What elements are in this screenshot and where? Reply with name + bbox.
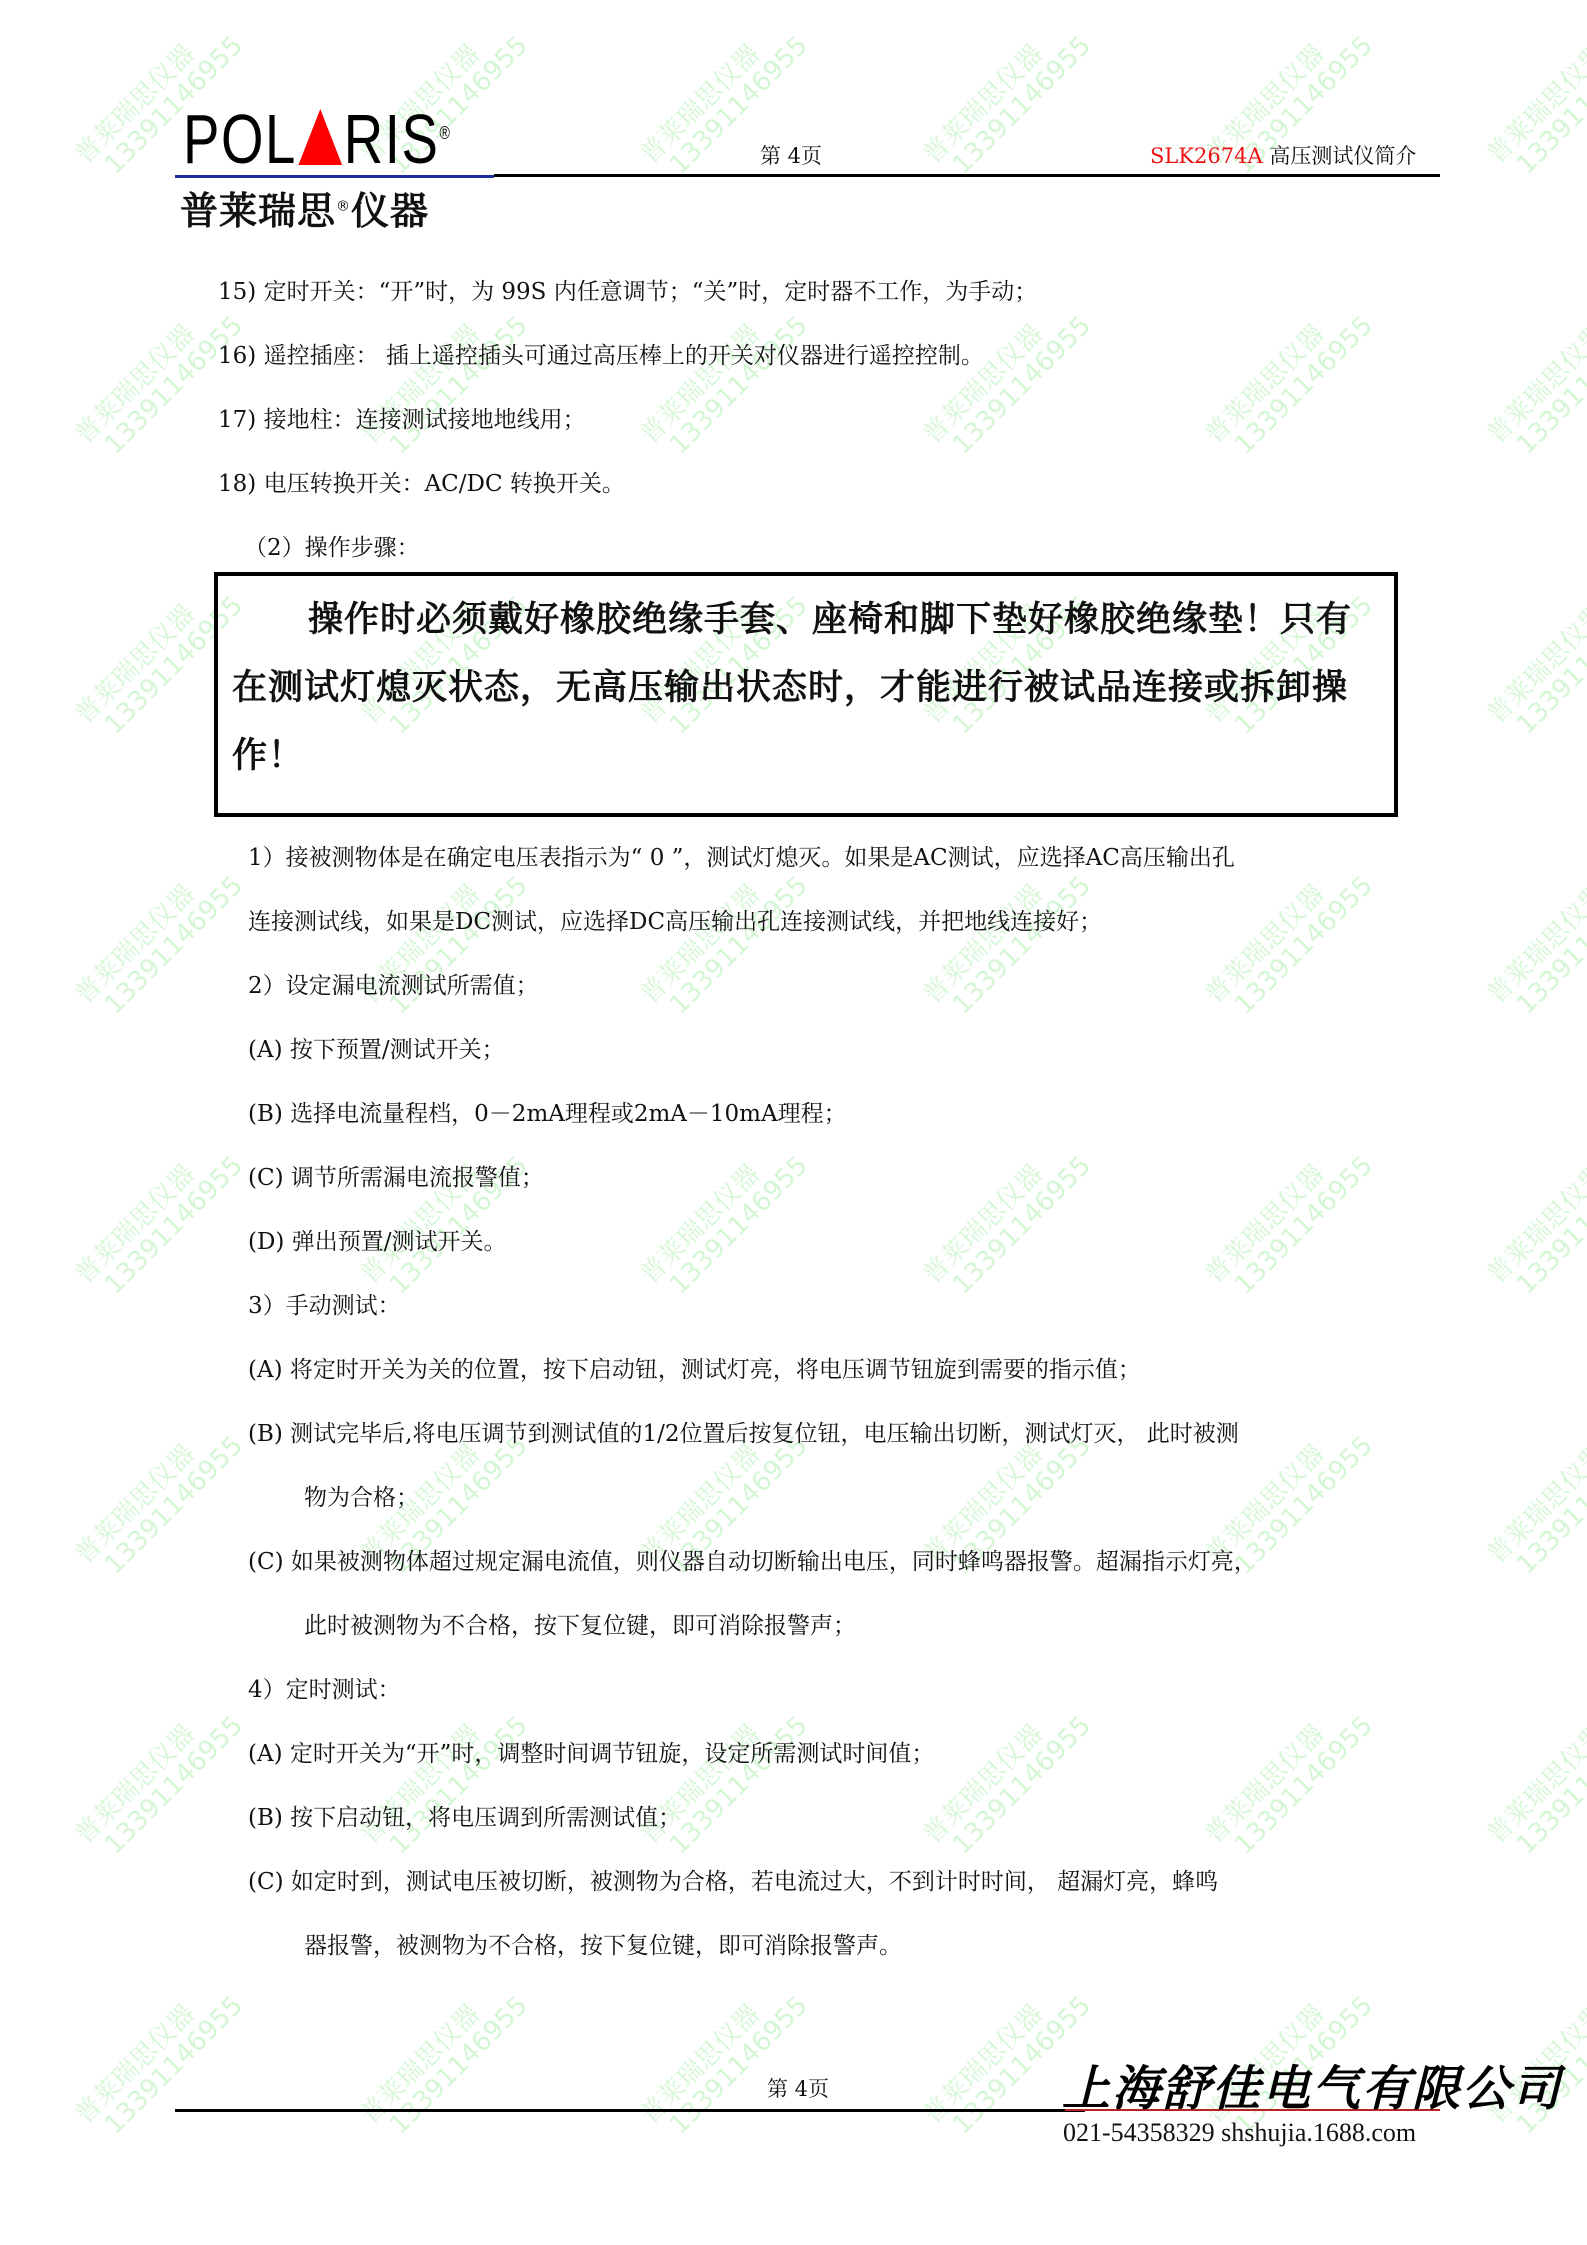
logo-underline: [175, 175, 494, 178]
step-4a: (A) 定时开关为“开”时，调整时间调节钮旋，设定所需测试时间值；: [248, 1739, 934, 1769]
item-number: 18): [218, 471, 256, 497]
item-text: 接地柱：连接测试接地地线用；: [264, 407, 586, 433]
item-number: 16): [218, 343, 256, 369]
step-4c-line2: 器报警，被测物为不合格，按下复位键，即可消除报警声。: [304, 1931, 902, 1961]
step-text: 选择电流量程档，0－2mA理程或2mA－10mA理程；: [290, 1101, 846, 1127]
item-text: 定时开关：“开”时，为 99S 内任意调节；“关”时，定时器不工作，为手动；: [264, 279, 1038, 305]
step-label: (B): [248, 1805, 283, 1831]
panel-item-17: 17) 接地柱：连接测试接地地线用；: [218, 405, 586, 435]
step-text: 测试完毕后,将电压调节到测试值的1/2位置后按复位钮，电压输出切断，测试灯灭， …: [290, 1421, 1239, 1447]
step-label: (A): [248, 1741, 283, 1767]
safety-warning-text: 操作时必须戴好橡胶绝缘手套、座椅和脚下垫好橡胶绝缘垫！只有在测试灯熄灭状态，无高…: [232, 586, 1382, 790]
step-text: 将定时开关为关的位置，按下启动钮，测试灯亮，将电压调节钮旋到需要的指示值；: [290, 1357, 1141, 1383]
header-rule: [494, 174, 1440, 177]
header-page-number: 第 4页: [760, 140, 822, 170]
panel-item-16: 16) 遥控插座： 插上遥控插头可通过高压棒上的开关对仪器进行遥控控制。: [218, 341, 984, 371]
step-3b-line2: 物为合格；: [304, 1483, 419, 1513]
step-label: (B): [248, 1101, 283, 1127]
step-4: 4）定时测试：: [248, 1675, 401, 1705]
logo-cn-suffix: 仪器: [351, 189, 429, 233]
step-label: (C): [248, 1165, 284, 1191]
logo-text-left: POL: [183, 100, 297, 178]
panel-item-15: 15) 定时开关：“开”时，为 99S 内任意调节；“关”时，定时器不工作，为手…: [218, 277, 1037, 307]
watermark-tile: 普莱瑞思仪器13391146955: [918, 291, 1096, 469]
watermark-tile: 普莱瑞思仪器13391146955: [1200, 1691, 1378, 1869]
step-1-line2: 连接测试线，如果是DC测试，应选择DC高压输出孔连接测试线，并把地线连接好；: [248, 907, 1102, 937]
watermark-tile: 普莱瑞思仪器13391146955: [1482, 1411, 1587, 1589]
watermark-tile: 普莱瑞思仪器13391146955: [635, 1971, 813, 2149]
watermark-tile: 普莱瑞思仪器13391146955: [70, 291, 248, 469]
item-number: 17): [218, 407, 256, 433]
doc-title-text: 高压测试仪简介: [1263, 144, 1417, 168]
step-2c: (C) 调节所需漏电流报警值；: [248, 1163, 544, 1193]
step-text: 如果被测物体超过规定漏电流值，则仪器自动切断输出电压，同时蜂鸣器报警。超漏指示灯…: [291, 1549, 1257, 1575]
watermark-tile: 普莱瑞思仪器13391146955: [70, 1691, 248, 1869]
section-title: （2）操作步骤：: [244, 533, 420, 563]
polaris-logo: POLRIS®: [183, 104, 451, 174]
watermark-tile: 普莱瑞思仪器13391146955: [635, 851, 813, 1029]
watermark-tile: 普莱瑞思仪器13391146955: [1482, 851, 1587, 1029]
step-2a: (A) 按下预置/测试开关；: [248, 1035, 505, 1065]
doc-model: SLK2674A: [1150, 144, 1263, 168]
watermark-tile: 普莱瑞思仪器13391146955: [1200, 851, 1378, 1029]
registered-mark: ®: [439, 123, 451, 143]
logo-triangle-icon: [299, 109, 343, 165]
item-number: 15): [218, 279, 256, 305]
step-3: 3）手动测试：: [248, 1291, 401, 1321]
footer-contact: 021-54358329 shshujia.1688.com: [1063, 2118, 1416, 2148]
watermark-tile: 普莱瑞思仪器13391146955: [1482, 1131, 1587, 1309]
step-3c-line1: (C) 如果被测物体超过规定漏电流值，则仪器自动切断输出电压，同时蜂鸣器报警。超…: [248, 1547, 1257, 1577]
watermark-tile: 普莱瑞思仪器13391146955: [70, 1411, 248, 1589]
watermark-tile: 普莱瑞思仪器13391146955: [918, 851, 1096, 1029]
step-text: 定时开关为“开”时，调整时间调节钮旋，设定所需测试时间值；: [290, 1741, 935, 1767]
watermark-tile: 普莱瑞思仪器13391146955: [635, 1131, 813, 1309]
watermark-tile: 普莱瑞思仪器13391146955: [70, 1131, 248, 1309]
watermark-tile: 普莱瑞思仪器13391146955: [635, 1691, 813, 1869]
step-2b: (B) 选择电流量程档，0－2mA理程或2mA－10mA理程；: [248, 1099, 847, 1129]
watermark-tile: 普莱瑞思仪器13391146955: [918, 1691, 1096, 1869]
step-2d: (D) 弹出预置/测试开关。: [248, 1227, 506, 1257]
watermark-tile: 普莱瑞思仪器13391146955: [918, 1131, 1096, 1309]
watermark-tile: 普莱瑞思仪器13391146955: [1482, 1691, 1587, 1869]
step-label: (B): [248, 1421, 283, 1447]
step-label: (A): [248, 1357, 283, 1383]
watermark-tile: 普莱瑞思仪器13391146955: [1200, 291, 1378, 469]
footer-company-name: 上海舒佳电气有限公司: [1062, 2050, 1562, 2119]
item-text: 遥控插座： 插上遥控插头可通过高压棒上的开关对仪器进行遥控控制。: [264, 343, 984, 369]
logo-chinese-name: 普莱瑞思®仪器: [180, 180, 429, 235]
watermark-tile: 普莱瑞思仪器13391146955: [355, 1131, 533, 1309]
step-3b-line1: (B) 测试完毕后,将电压调节到测试值的1/2位置后按复位钮，电压输出切断，测试…: [248, 1419, 1239, 1449]
footer-page-number: 第 4页: [767, 2073, 829, 2103]
step-label: (D): [248, 1229, 284, 1255]
logo-cn-text: 普莱瑞思: [180, 189, 336, 233]
step-text: 弹出预置/测试开关。: [292, 1229, 507, 1255]
watermark-tile: 普莱瑞思仪器13391146955: [1482, 291, 1587, 469]
warning-content: 操作时必须戴好橡胶绝缘手套、座椅和脚下垫好橡胶绝缘垫！只有在测试灯熄灭状态，无高…: [232, 600, 1352, 776]
watermark-tile: 普莱瑞思仪器13391146955: [355, 851, 533, 1029]
item-text: 电压转换开关：AC/DC 转换开关。: [264, 471, 625, 497]
step-text: 调节所需漏电流报警值；: [291, 1165, 544, 1191]
step-4c-line1: (C) 如定时到，测试电压被切断，被测物为合格，若电流过大，不到计时时间， 超漏…: [248, 1867, 1218, 1897]
step-3a: (A) 将定时开关为关的位置，按下启动钮，测试灯亮，将电压调节钮旋到需要的指示值…: [248, 1355, 1141, 1385]
watermark-tile: 普莱瑞思仪器13391146955: [355, 291, 533, 469]
step-1-line1: 1）接被测物体是在确定电压表指示为“ 0 ”，测试灯熄灭。如果是AC测试，应选择…: [248, 843, 1235, 873]
logo-text-right: RIS: [344, 100, 440, 178]
watermark-tile: 普莱瑞思仪器13391146955: [70, 851, 248, 1029]
watermark-tile: 普莱瑞思仪器13391146955: [635, 291, 813, 469]
watermark-tile: 普莱瑞思仪器13391146955: [355, 1691, 533, 1869]
watermark-tile: 普莱瑞思仪器13391146955: [1200, 1131, 1378, 1309]
watermark-tile: 普莱瑞思仪器13391146955: [918, 11, 1096, 189]
watermark-tile: 普莱瑞思仪器13391146955: [355, 1971, 533, 2149]
step-text: 如定时到，测试电压被切断，被测物为合格，若电流过大，不到计时时间， 超漏灯亮，蜂…: [291, 1869, 1218, 1895]
step-label: (C): [248, 1869, 284, 1895]
header-doc-title: SLK2674A 高压测试仪简介: [1150, 140, 1416, 170]
panel-item-18: 18) 电压转换开关：AC/DC 转换开关。: [218, 469, 625, 499]
watermark-tile: 普莱瑞思仪器13391146955: [1482, 11, 1587, 189]
footer-rule: [175, 2109, 1085, 2112]
watermark-tile: 普莱瑞思仪器13391146955: [1482, 571, 1587, 749]
registered-mark-cn: ®: [336, 198, 351, 214]
step-label: (C): [248, 1549, 284, 1575]
watermark-tile: 普莱瑞思仪器13391146955: [70, 1971, 248, 2149]
step-3c-line2: 此时被测物为不合格，按下复位键，即可消除报警声；: [304, 1611, 856, 1641]
step-text: 按下启动钮，将电压调到所需测试值；: [290, 1805, 681, 1831]
safety-warning-box: 操作时必须戴好橡胶绝缘手套、座椅和脚下垫好橡胶绝缘垫！只有在测试灯熄灭状态，无高…: [214, 572, 1398, 817]
step-label: (A): [248, 1037, 283, 1063]
step-2: 2）设定漏电流测试所需值；: [248, 971, 539, 1001]
step-4b: (B) 按下启动钮，将电压调到所需测试值；: [248, 1803, 681, 1833]
step-text: 按下预置/测试开关；: [290, 1037, 505, 1063]
